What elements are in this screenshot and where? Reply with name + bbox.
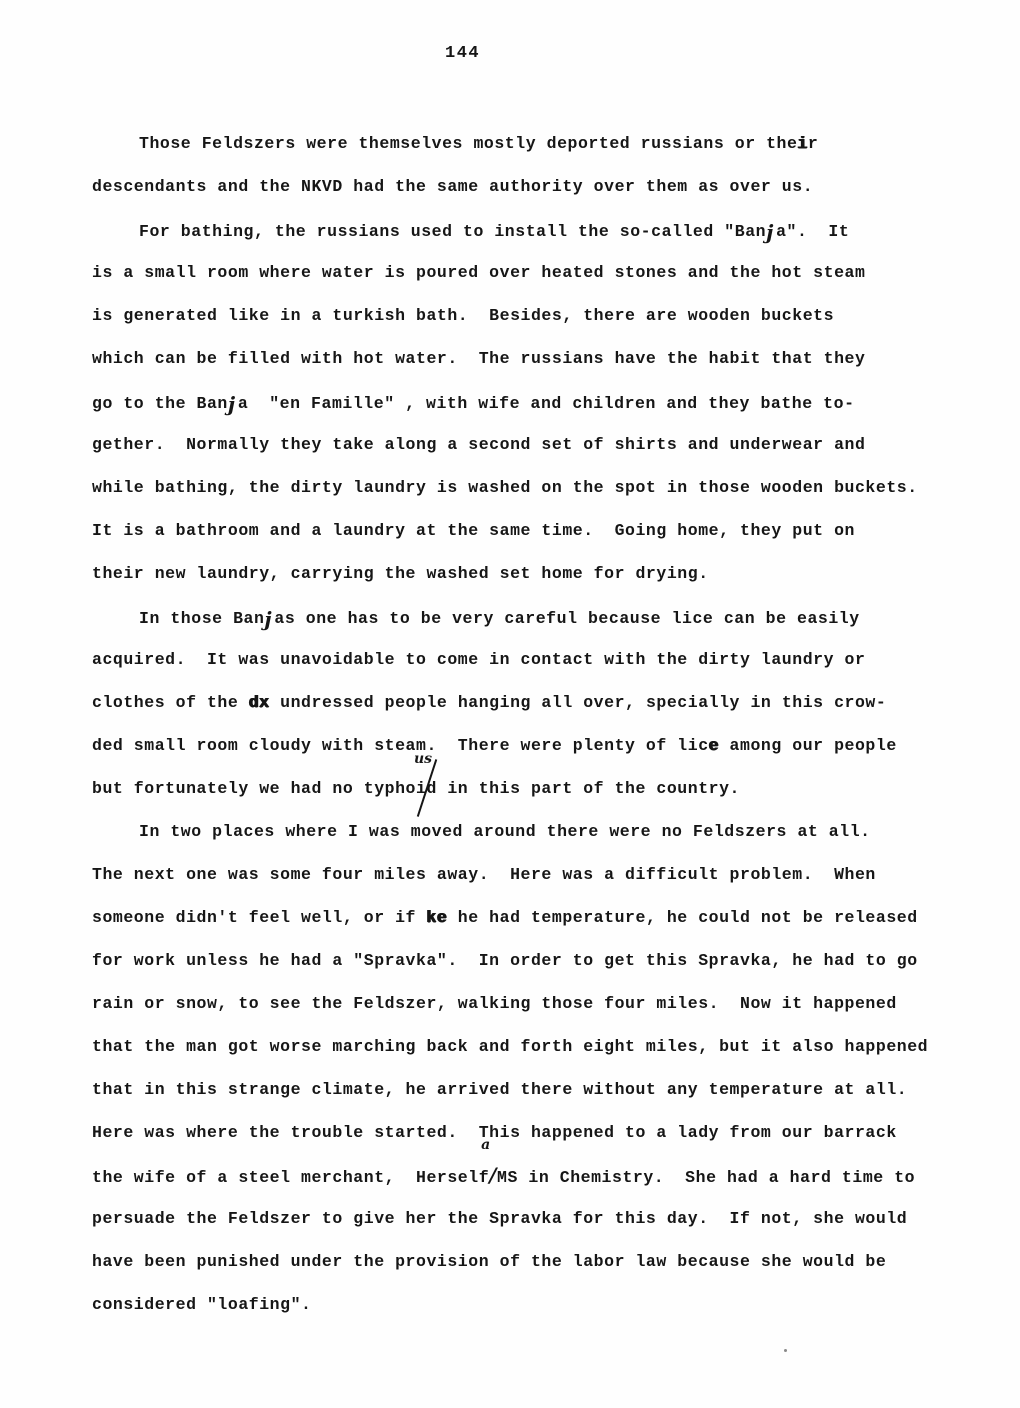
text-line: someone didn't feel well, or if ke he ha… bbox=[92, 896, 982, 939]
blot-mark: dx bbox=[249, 693, 270, 712]
text-line: for work unless he had a "Spravka". In o… bbox=[92, 939, 982, 982]
text-line: For bathing, the russians used to instal… bbox=[92, 208, 982, 251]
text-line: go to the Banja "en Famille" , with wife… bbox=[92, 380, 982, 423]
hwj-mark: j bbox=[264, 598, 274, 641]
text-line: clothes of the dx undressed people hangi… bbox=[92, 681, 982, 724]
text-line: rain or snow, to see the Feldszer, walki… bbox=[92, 982, 982, 1025]
text-line: gether. Normally they take along a secon… bbox=[92, 423, 982, 466]
text-line: In two places where I was moved around t… bbox=[92, 810, 982, 853]
ins-mark: /a bbox=[489, 1154, 497, 1197]
text-segment: someone didn't feel well, or if bbox=[92, 908, 426, 927]
text-segment: go to the Ban bbox=[92, 394, 228, 413]
text-segment: while bathing, the dirty laundry is wash… bbox=[92, 478, 918, 497]
text-line: that in this strange climate, he arrived… bbox=[92, 1068, 982, 1111]
text-line: considered "loafing". bbox=[92, 1283, 982, 1326]
text-segment: clothes of the bbox=[92, 693, 249, 712]
text-line: Here was where the trouble started. This… bbox=[92, 1111, 982, 1154]
text-segment: In two places where I was moved around t… bbox=[139, 822, 871, 841]
text-segment: a "en Famille" , with wife and children … bbox=[238, 394, 855, 413]
text-segment: that in this strange climate, he arrived… bbox=[92, 1080, 907, 1099]
document-body: Those Feldszers were themselves mostly d… bbox=[92, 122, 982, 1326]
text-line: acquired. It was unavoidable to come in … bbox=[92, 638, 982, 681]
text-segment: the wife of a steel merchant, Herself bbox=[92, 1168, 489, 1187]
text-segment: persuade the Feldszer to give her the Sp… bbox=[92, 1209, 907, 1228]
text-line: but fortunately we had no typhoidus in t… bbox=[92, 767, 982, 810]
text-line: persuade the Feldszer to give her the Sp… bbox=[92, 1197, 982, 1240]
text-line: In those Banjas one has to be very caref… bbox=[92, 595, 982, 638]
handwritten-annotation: a bbox=[481, 1138, 490, 1152]
text-segment: MS in Chemistry. She had a hard time to bbox=[497, 1168, 915, 1187]
text-line: is a small room where water is poured ov… bbox=[92, 251, 982, 294]
text-line: ded small room cloudy with steam. There … bbox=[92, 724, 982, 767]
text-segment: Here was where the trouble started. This… bbox=[92, 1123, 897, 1142]
text-segment: is a small room where water is poured ov… bbox=[92, 263, 865, 282]
text-line: is generated like in a turkish bath. Bes… bbox=[92, 294, 982, 337]
text-segment: In those Ban bbox=[139, 609, 264, 628]
blot-mark: ke bbox=[426, 908, 447, 927]
text-segment: which can be filled with hot water. The … bbox=[92, 349, 865, 368]
text-segment: descendants and the NKVD had the same au… bbox=[92, 177, 813, 196]
text-segment: among our people bbox=[719, 736, 897, 755]
text-segment: he had temperature, he could not be rele… bbox=[447, 908, 917, 927]
text-segment: as one has to be very careful because li… bbox=[274, 609, 859, 628]
text-line: It is a bathroom and a laundry at the sa… bbox=[92, 509, 982, 552]
scan-speck bbox=[784, 1349, 787, 1352]
text-line: while bathing, the dirty laundry is wash… bbox=[92, 466, 982, 509]
text-segment: gether. Normally they take along a secon… bbox=[92, 435, 865, 454]
text-line: The next one was some four miles away. H… bbox=[92, 853, 982, 896]
text-segment: ded small room cloudy with steam. There … bbox=[92, 736, 709, 755]
text-segment: for work unless he had a "Spravka". In o… bbox=[92, 951, 918, 970]
text-line: descendants and the NKVD had the same au… bbox=[92, 165, 982, 208]
text-line: the wife of a steel merchant, Herself/aM… bbox=[92, 1154, 982, 1197]
text-segment: Those Feldszers were themselves mostly d… bbox=[139, 134, 797, 153]
text-segment: It is a bathroom and a laundry at the sa… bbox=[92, 521, 855, 540]
text-segment: but fortunately we had no typho bbox=[92, 779, 416, 798]
blot-mark: e bbox=[709, 736, 719, 755]
text-segment: For bathing, the russians used to instal… bbox=[139, 222, 766, 241]
strike-mark: idus bbox=[416, 767, 437, 810]
text-line: have been punished under the provision o… bbox=[92, 1240, 982, 1283]
text-segment: The next one was some four miles away. H… bbox=[92, 865, 876, 884]
text-line: their new laundry, carrying the washed s… bbox=[92, 552, 982, 595]
text-segment: their new laundry, carrying the washed s… bbox=[92, 564, 709, 583]
text-segment: considered "loafing". bbox=[92, 1295, 311, 1314]
text-segment: undressed people hanging all over, speci… bbox=[270, 693, 887, 712]
text-line: Those Feldszers were themselves mostly d… bbox=[92, 122, 982, 165]
hwj-mark: j bbox=[766, 211, 776, 254]
text-segment: is generated like in a turkish bath. Bes… bbox=[92, 306, 834, 325]
text-line: which can be filled with hot water. The … bbox=[92, 337, 982, 380]
text-segment: in this part of the country. bbox=[437, 779, 740, 798]
text-line: that the man got worse marching back and… bbox=[92, 1025, 982, 1068]
text-segment: that the man got worse marching back and… bbox=[92, 1037, 928, 1056]
page-number: 144 bbox=[445, 44, 480, 63]
text-segment: acquired. It was unavoidable to come in … bbox=[92, 650, 865, 669]
text-segment: r bbox=[808, 134, 818, 153]
text-segment: a". It bbox=[776, 222, 849, 241]
text-segment: rain or snow, to see the Feldszer, walki… bbox=[92, 994, 897, 1013]
hwj-mark: j bbox=[228, 383, 238, 426]
scanned-typewritten-page: 144 Those Feldszers were themselves most… bbox=[0, 0, 1020, 1408]
text-segment: have been punished under the provision o… bbox=[92, 1252, 886, 1271]
blot-mark: i bbox=[797, 134, 807, 153]
handwritten-annotation: us bbox=[414, 752, 432, 766]
